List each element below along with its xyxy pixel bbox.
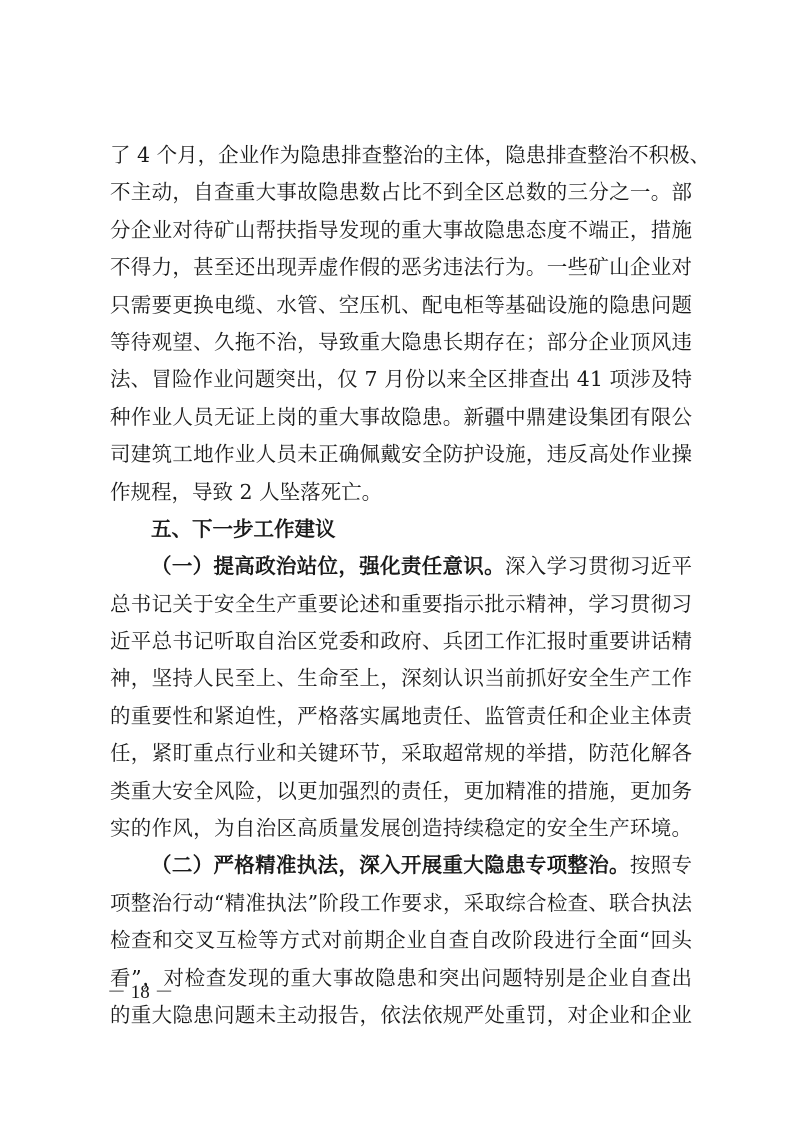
item-2-first-line: （二）严格精准执法，深入开展重大隐患专项整治。按照专	[110, 847, 692, 884]
item-1-text: 深入学习贯彻习近平	[505, 554, 692, 578]
text-line: 司建筑工地作业人员未正确佩戴安全防护设施，违反高处作业操	[110, 436, 692, 473]
text-line: 法、冒险作业问题突出，仅 7 月份以来全区排查出 41 项涉及特	[110, 361, 692, 398]
text-line: 只需要更换电缆、水管、空压机、配电柜等基础设施的隐患问题	[110, 287, 692, 324]
text-line: 类重大安全风险，以更加强烈的责任，更加精准的措施，更加务	[110, 773, 692, 810]
text-line: 近平总书记听取自治区党委和政府、兵团工作汇报时重要讲话精	[110, 623, 692, 660]
text-line: 任，紧盯重点行业和关键环节，采取超常规的举措，防范化解各	[110, 735, 692, 772]
text-line: 了 4 个月，企业作为隐患排查整治的主体，隐患排查整治不积极、	[110, 137, 692, 174]
document-page: 了 4 个月，企业作为隐患排查整治的主体，隐患排查整治不积极、 不主动，自查重大…	[0, 0, 793, 1122]
text-line: 神，坚持人民至上、生命至上，深刻认识当前抓好安全生产工作	[110, 660, 692, 697]
text-line: 不主动，自查重大事故隐患数占比不到全区总数的三分之一。部	[110, 174, 692, 211]
text-line: 分企业对待矿山帮扶指导发现的重大事故隐患态度不端正，措施	[110, 212, 692, 249]
text-line: 总书记关于安全生产重要论述和重要指示批示精神，学习贯彻习	[110, 586, 692, 623]
section-heading: 五、下一步工作建议	[110, 511, 692, 548]
text-line: 的重要性和紧迫性，严格落实属地责任、监管责任和企业主体责	[110, 698, 692, 735]
text-line: 不得力，甚至还出现弄虚作假的恶劣违法行为。一些矿山企业对	[110, 249, 692, 286]
text-line: 实的作风，为自治区高质量发展创造持续稳定的安全生产环境。	[110, 810, 692, 847]
text-line: 等待观望、久拖不治，导致重大隐患长期存在；部分企业顶风违	[110, 324, 692, 361]
text-line: 检查和交叉互检等方式对前期企业自查自改阶段进行全面“回头	[110, 922, 692, 959]
text-line: 的重大隐患问题未主动报告，依法依规严处重罚，对企业和企业	[110, 997, 692, 1034]
item-1-first-line: （一）提高政治站位，强化责任意识。深入学习贯彻习近平	[110, 548, 692, 585]
item-1-title: （一）提高政治站位，强化责任意识。	[151, 554, 505, 578]
text-line: 作规程，导致 2 人坠落死亡。	[110, 474, 692, 511]
text-line: 种作业人员无证上岗的重大事故隐患。新疆中鼎建设集团有限公	[110, 399, 692, 436]
text-line: 项整治行动“精准执法”阶段工作要求，采取综合检查、联合执法	[110, 885, 692, 922]
item-2-title: （二）严格精准执法，深入开展重大隐患专项整治。	[151, 853, 630, 877]
item-2-text: 按照专	[630, 853, 692, 877]
text-line: 看”，对检查发现的重大事故隐患和突出问题特别是企业自查出	[110, 960, 692, 997]
body-text: 了 4 个月，企业作为隐患排查整治的主体，隐患排查整治不积极、 不主动，自查重大…	[110, 137, 692, 1034]
page-number: － 18 －	[107, 977, 174, 1004]
